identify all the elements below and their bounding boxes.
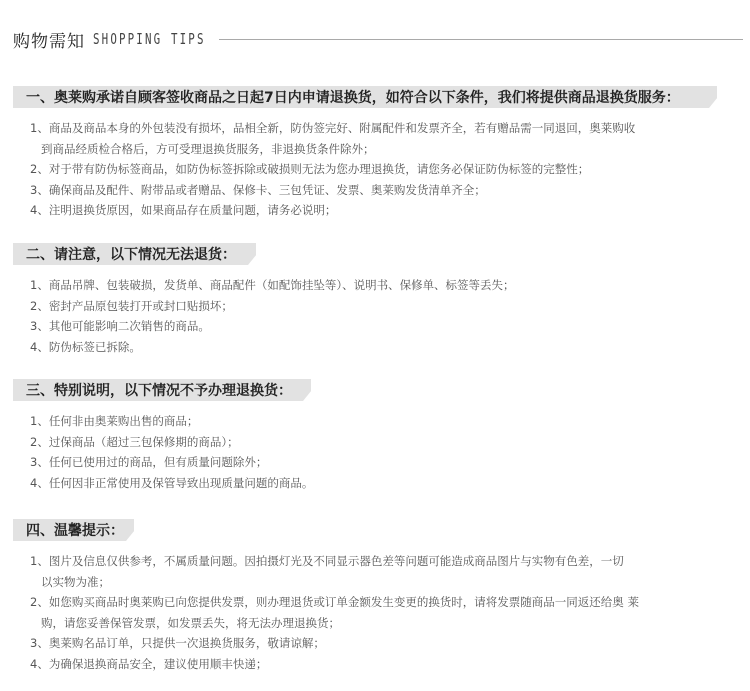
section-return-conditions: 一、奥莱购承诺自顾客签收商品之日起7日内申请退换货，如符合以下条件，我们将提供商… — [13, 86, 743, 221]
list-item: 1、商品吊牌、包装破损，发货单、商品配件（如配饰挂坠等）、说明书、保修单、标签等… — [30, 275, 743, 296]
list-item: 2、过保商品（超过三包保修期的商品）； — [30, 432, 743, 453]
section-warm-tips: 四、温馨提示： 1、图片及信息仅供参考，不属质量问题。因拍摄灯光及不同显示器色差… — [13, 519, 743, 674]
list-item: 3、奥莱购名品订单，只提供一次退换货服务，敬请谅解； — [30, 633, 743, 654]
section-non-returnable: 二、请注意，以下情况无法退货： 1、商品吊牌、包装破损，发货单、商品配件（如配饰… — [13, 243, 743, 357]
list-item: 3、任何已使用过的商品，但有质量问题除外； — [30, 452, 743, 473]
list-item: 3、确保商品及配件、附带品或者赠品、保修卡、三包凭证、发票、奥莱购发货清单齐全； — [30, 180, 743, 201]
section-title: 四、温馨提示： — [13, 519, 134, 541]
list-item: 1、商品及商品本身的外包装没有损坏，品相全新，防伪签完好、附属配件和发票齐全，若… — [30, 118, 743, 159]
list-item: 1、图片及信息仅供参考，不属质量问题。因拍摄灯光及不同显示器色差等问题可能造成商… — [30, 551, 743, 592]
page-title: 购物需知 — [13, 27, 85, 52]
list-item: 2、密封产品原包装打开或封口贴损坏； — [30, 296, 743, 317]
list-item: 4、防伪标签已拆除。 — [30, 337, 743, 358]
list-item: 4、为确保退换商品安全，建议使用顺丰快递； — [30, 654, 743, 675]
item-list: 1、图片及信息仅供参考，不属质量问题。因拍摄灯光及不同显示器色差等问题可能造成商… — [30, 551, 743, 674]
page-header: 购物需知 SHOPPING TIPS — [13, 24, 743, 54]
list-item: 1、任何非由奥莱购出售的商品； — [30, 411, 743, 432]
section-special-notes: 三、特别说明，以下情况不予办理退换货： 1、任何非由奥莱购出售的商品； 2、过保… — [13, 379, 743, 493]
item-list: 1、商品及商品本身的外包装没有损坏，品相全新，防伪签完好、附属配件和发票齐全，若… — [30, 118, 743, 221]
list-item: 4、注明退换货原因，如果商品存在质量问题，请务必说明； — [30, 200, 743, 221]
section-title: 三、特别说明，以下情况不予办理退换货： — [13, 379, 311, 401]
list-item: 2、如您购买商品时奥莱购已向您提供发票，则办理退货或订单金额发生变更的换货时，请… — [30, 592, 743, 633]
list-item: 2、对于带有防伪标签商品，如防伪标签拆除或破损则无法为您办理退换货，请您务必保证… — [30, 159, 743, 180]
header-divider — [219, 39, 743, 40]
page-subtitle: SHOPPING TIPS — [93, 30, 187, 48]
section-title: 一、奥莱购承诺自顾客签收商品之日起7日内申请退换货，如符合以下条件，我们将提供商… — [13, 86, 717, 108]
section-title: 二、请注意，以下情况无法退货： — [13, 243, 256, 265]
list-item: 4、任何因非正常使用及保管导致出现质量问题的商品。 — [30, 473, 743, 494]
list-item: 3、其他可能影响二次销售的商品。 — [30, 316, 743, 337]
item-list: 1、任何非由奥莱购出售的商品； 2、过保商品（超过三包保修期的商品）； 3、任何… — [30, 411, 743, 493]
item-list: 1、商品吊牌、包装破损，发货单、商品配件（如配饰挂坠等）、说明书、保修单、标签等… — [30, 275, 743, 357]
